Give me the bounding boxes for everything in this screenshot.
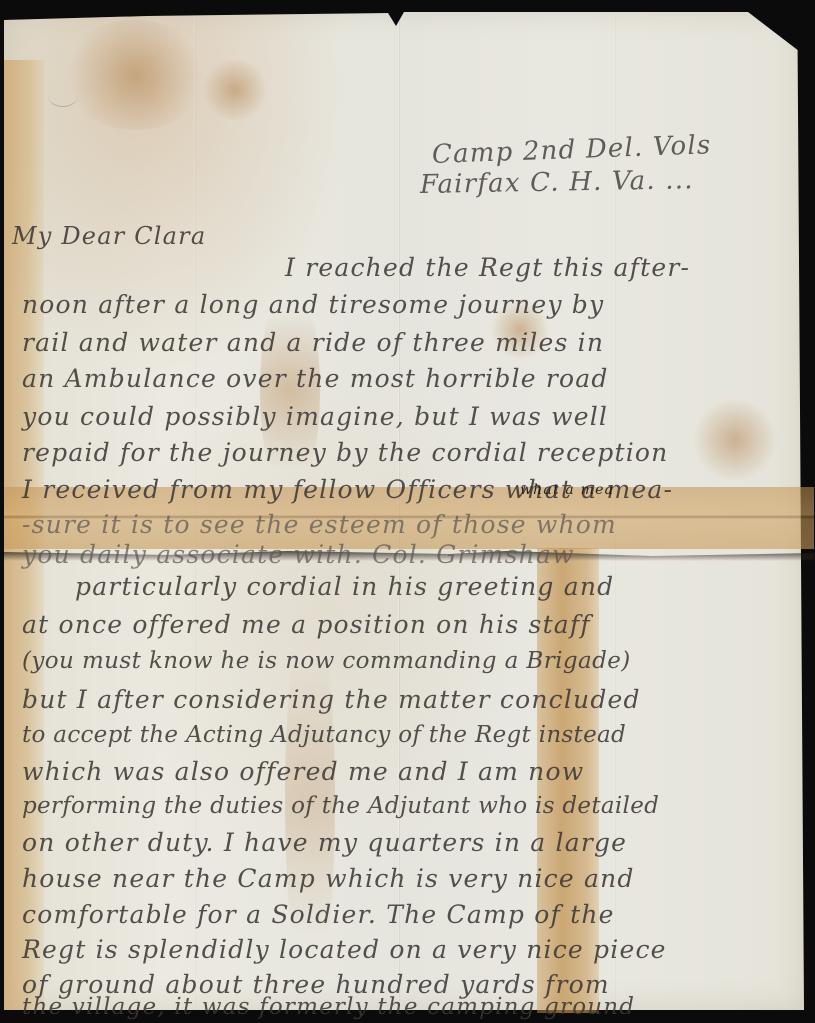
body-line-2: noon after a long and tiresome journey b… (22, 290, 604, 319)
body-line-1: I reached the Regt this after- (285, 253, 690, 282)
scanned-letter: Camp 2nd Del. Vols Fairfax C. H. Va. ...… (0, 0, 815, 1023)
body-line-22: the village, it was formerly the camping… (22, 994, 635, 1020)
body-line-8: -sure it is to see the esteem of those w… (22, 510, 617, 539)
body-line-19: comfortable for a Soldier. The Camp of t… (22, 900, 615, 929)
body-line-13: but I after considering the matter concl… (22, 685, 641, 714)
body-line-12: (you must know he is now commanding a Br… (22, 648, 631, 674)
body-line-6: repaid for the journey by the cordial re… (22, 438, 668, 467)
body-line-9: you daily associate with. Col. Grimshaw (22, 540, 575, 569)
body-line-20: Regt is splendidly located on a very nic… (22, 935, 667, 964)
body-line-3: rail and water and a ride of three miles… (22, 328, 604, 357)
body-line-11: at once offered me a position on his sta… (22, 610, 591, 639)
body-line-15: which was also offered me and I am now (22, 757, 584, 786)
salutation: My Dear Clara (12, 222, 206, 250)
body-line-5: you could possibly imagine, but I was we… (22, 402, 608, 431)
body-line-18: house near the Camp which is very nice a… (22, 864, 635, 893)
body-line-14: to accept the Acting Adjutancy of the Re… (22, 722, 626, 748)
heading-camp: Camp 2nd Del. Vols (431, 130, 711, 170)
body-line-10: particularly cordial in his greeting and (75, 572, 614, 601)
overwritten-insert: what a mea (520, 482, 614, 498)
letter-text: Camp 2nd Del. Vols Fairfax C. H. Va. ...… (0, 0, 815, 1023)
body-line-17: on other duty. I have my quarters in a l… (22, 828, 627, 857)
heading-location: Fairfax C. H. Va. ... (420, 165, 694, 200)
body-line-4: an Ambulance over the most horrible road (22, 364, 609, 393)
body-line-16: performing the duties of the Adjutant wh… (22, 793, 659, 819)
